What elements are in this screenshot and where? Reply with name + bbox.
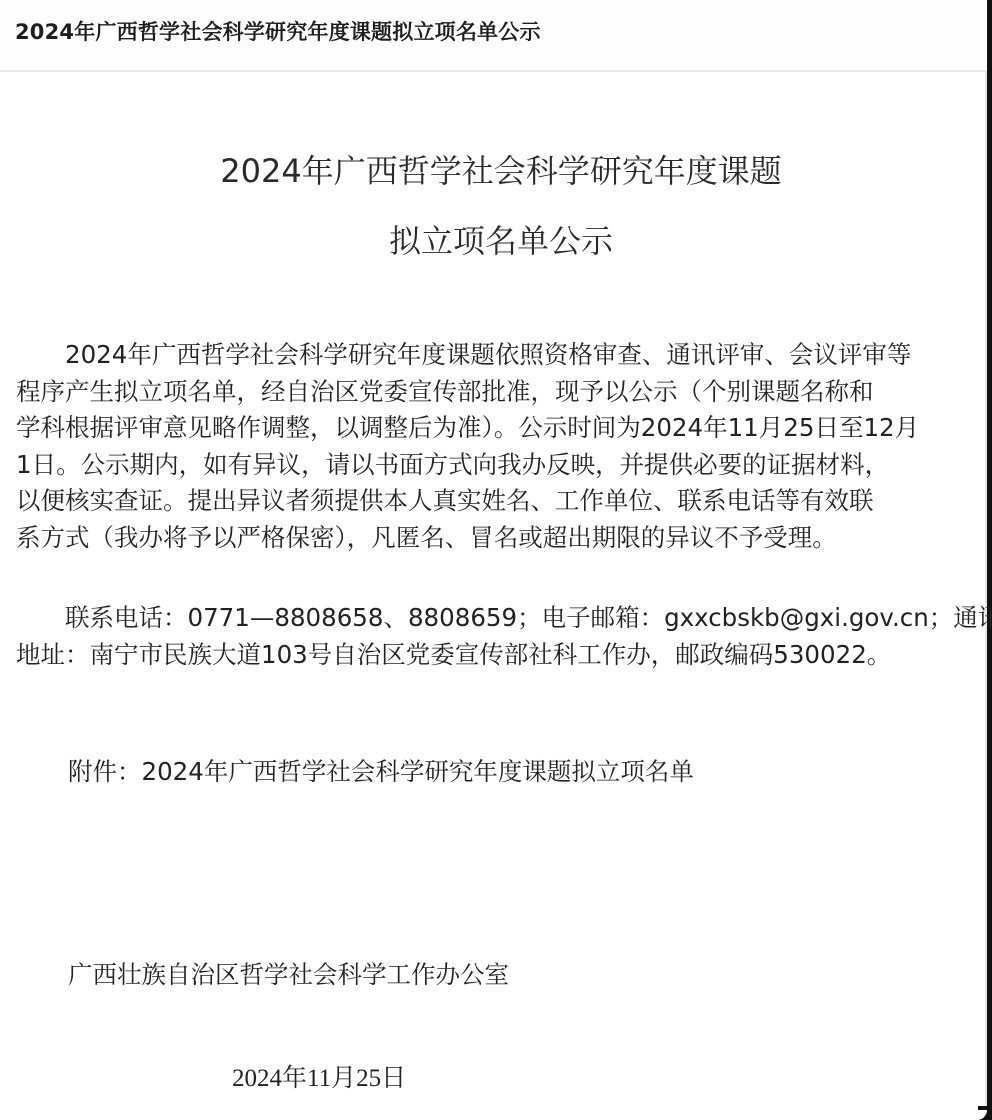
paragraph-line: 系方式（我办将予以严格保密），凡匿名、冒名或超出期限的异议不予受理。: [16, 520, 988, 557]
window-corner: [978, 1106, 992, 1120]
document-title-line-1: 2024年广西哲学社会科学研究年度课题: [0, 146, 992, 192]
attachment-label: 附件：: [68, 757, 142, 786]
paragraph-line: 程序产生拟立项名单，经自治区党委宣传部批准，现予以公示（个别课题名称和: [16, 374, 988, 411]
attachment-line: 附件：2024年广西哲学社会科学研究年度课题拟立项名单: [68, 753, 694, 788]
contact-line: 地址：南宁市民族大道103号自治区党委宣传部社科工作办，邮政编码530022。: [16, 637, 988, 674]
paragraph-line: 2024年广西哲学社会科学研究年度课题依照资格审查、通讯评审、会议评审等: [16, 337, 988, 374]
announcement-paragraph: 2024年广西哲学社会科学研究年度课题依照资格审查、通讯评审、会议评审等 程序产…: [16, 337, 988, 556]
page-header: 2024年广西哲学社会科学研究年度课题拟立项名单公示: [0, 0, 986, 72]
contact-line: 联系电话：0771—8808658、8808659；电子邮箱：gxxcbskb@…: [16, 600, 988, 637]
issue-date: 2024年11月25日: [232, 1058, 406, 1094]
paragraph-line: 1日。公示期内，如有异议，请以书面方式向我办反映，并提供必要的证据材料，: [16, 447, 988, 484]
document-title-line-2: 拟立项名单公示: [0, 216, 992, 262]
attachment-link[interactable]: 2024年广西哲学社会科学研究年度课题拟立项名单: [142, 757, 694, 786]
header-title: 2024年广西哲学社会科学研究年度课题拟立项名单公示: [15, 16, 541, 46]
paragraph-line: 学科根据评审意见略作调整，以调整后为准）。公示时间为2024年11月25日至12…: [16, 410, 988, 447]
paragraph-line: 以便核实查证。提出异议者须提供本人真实姓名、工作单位、联系电话等有效联: [16, 483, 988, 520]
issuing-office: 广西壮族自治区哲学社会科学工作办公室: [68, 956, 509, 991]
contact-paragraph: 联系电话：0771—8808658、8808659；电子邮箱：gxxcbskb@…: [16, 600, 988, 673]
